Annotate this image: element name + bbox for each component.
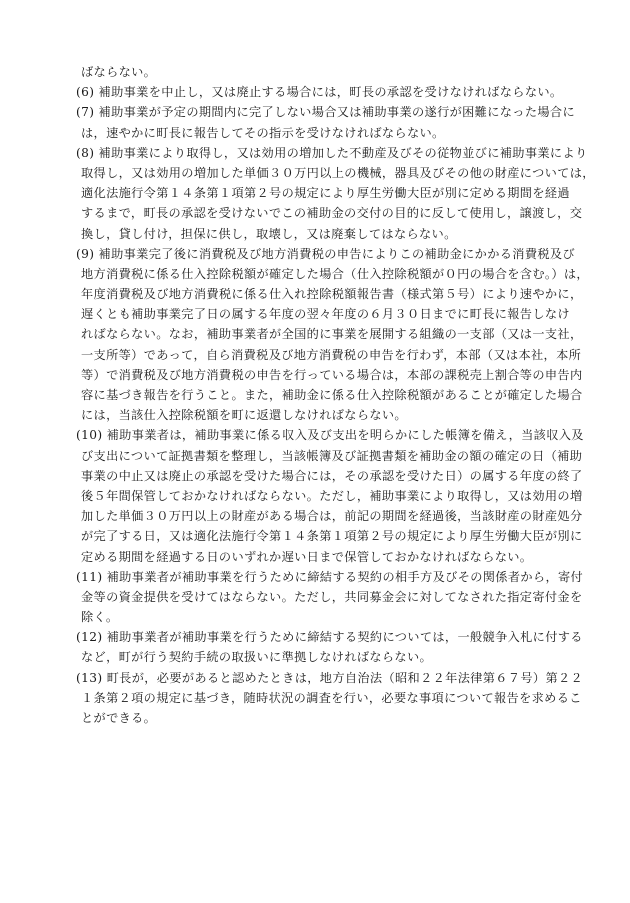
list-item-line: (6) 補助事業を中止し，又は廃止する場合には，町長の承認を受けなければならない… [76,82,562,102]
continuation-line: するまで，町長の承認を受けないでこの補助金の交付の目的に反して使用し，譲渡し，交 [76,203,562,223]
line-text: 遅くとも補助事業完了日の属する年度の翌々年度の６月３０日までに町長に報告しなけ [81,307,570,321]
line-text: には，当該仕入控除税額を町に返還しなければならない。 [81,408,407,422]
list-item-line: (10) 補助事業者は，補助事業に係る収入及び支出を明らかにした帳簿を備え，当該… [76,425,562,445]
item-number: (10) [76,425,102,445]
continuation-line: ばならない。 [76,62,562,82]
line-text: など，町が行う契約手続の取扱いに準拠しなければならない。 [81,650,432,664]
line-text: 年度消費税及び地方消費税に係る仕入れ控除税額報告書（様式第５号）により速やかに， [81,287,583,301]
line-text: 除く。 [81,610,118,624]
line-text: ばならない。 [81,65,156,79]
list-item-line: (12) 補助事業者が補助事業を行うために締結する契約については，一般競争入札に… [76,627,562,647]
continuation-line: は，速やかに町長に報告してその指示を受けなければならない。 [76,123,562,143]
line-text: 換し，貸し付け，担保に供し，取壊し，又は廃棄してはならない。 [81,227,457,241]
line-text: 補助事業者は，補助事業に係る収入及び支出を明らかにした帳簿を備え，当該収入及 [102,428,583,442]
continuation-line: 金等の資金提供を受けてはならない。ただし，共同募金会に対してなされた指定寄付金を [76,587,562,607]
continuation-line: 後５年間保管しておかなければならない。ただし，補助事業により取得し，又は効用の増 [76,486,562,506]
continuation-line: 遅くとも補助事業完了日の属する年度の翌々年度の６月３０日までに町長に報告しなけ [76,304,562,324]
line-text: 一支所等）であって，自ら消費税及び地方消費税の申告を行わず，本部（又は本社，本所 [81,348,581,362]
list-item-line: (7) 補助事業が予定の期間内に完了しない場合又は補助事業の遂行が困難になった場… [76,102,562,122]
continuation-line: 一支所等）であって，自ら消費税及び地方消費税の申告を行わず，本部（又は本社，本所 [76,345,562,365]
list-item-line: (8) 補助事業により取得し，又は効用の増加した不動産及びその従物並びに補助事業… [76,143,562,163]
continuation-line: び支出について証拠書類を整理し，当該帳簿及び証拠書類を補助金の額の確定の日（補助 [76,446,562,466]
continuation-line: 加した単価３０万円以上の財産がある場合は，前記の期間を経過後，当該財産の財産処分 [76,506,562,526]
line-text: が完了する日，又は適化法施行令第１４条第１項第２号の規定により厚生労働大臣が別に [81,529,583,543]
list-item-line: (13) 町長が，必要があると認めたときは，地方自治法（昭和２２年法律第６７号）… [76,668,562,688]
continuation-line: 定める期間を経過する日のいずれか遅い日まで保管しておかなければならない。 [76,547,562,567]
continuation-line: 地方消費税に係る仕入控除税額が確定した場合（仕入控除税額が０円の場合を含む。）は… [76,264,562,284]
line-text: するまで，町長の承認を受けないでこの補助金の交付の目的に反して使用し，譲渡し，交 [81,206,582,220]
item-number: (6) [76,82,94,102]
line-text: 補助事業により取得し，又は効用の増加した不動産及びその従物並びに補助事業により [94,146,587,160]
line-text: 取得し，又は効用の増加した単価３０万円以上の機械，器具及びその他の財産については… [81,166,595,180]
line-text: 後５年間保管しておかなければならない。ただし，補助事業により取得し，又は効用の増 [81,489,583,503]
continuation-line: とができる。 [76,708,562,728]
continuation-line: 取得し，又は効用の増加した単価３０万円以上の機械，器具及びその他の財産については… [76,163,562,183]
line-text: １条第２項の規定に基づき，随時状況の調査を行い，必要な事項について報告を求めるこ [81,691,582,705]
line-text: 等）で消費税及び地方消費税の申告を行っている場合は，本部の課税売上割合等の申告内 [81,368,583,382]
continuation-line: ればならない。なお，補助事業者が全国的に事業を展開する組織の一支部（又は一支社， [76,324,562,344]
continuation-line: には，当該仕入控除税額を町に返還しなければならない。 [76,405,562,425]
line-text: び支出について証拠書類を整理し，当該帳簿及び証拠書類を補助金の額の確定の日（補助 [81,449,582,463]
continuation-line: 等）で消費税及び地方消費税の申告を行っている場合は，本部の課税売上割合等の申告内 [76,365,562,385]
line-text: 容に基づき報告を行うこと。また，補助金に係る仕入控除税額があることが確定した場合 [81,388,583,402]
line-text: とができる。 [81,711,156,725]
continuation-line: 換し，貸し付け，担保に供し，取壊し，又は廃棄してはならない。 [76,224,562,244]
list-item-line: (9) 補助事業完了後に消費税及び地方消費税の申告によりこの補助金にかかる消費税… [76,244,562,264]
line-text: 補助事業が予定の期間内に完了しない場合又は補助事業の遂行が困難になった場合に [94,105,575,119]
line-text: 事業の中止又は廃止の承認を受けた場合には，その承認を受けた日）の属する年度の終了 [81,469,583,483]
line-text: ればならない。なお，補助事業者が全国的に事業を展開する組織の一支部（又は一支社， [81,327,583,341]
item-number: (8) [76,143,94,163]
continuation-line: など，町が行う契約手続の取扱いに準拠しなければならない。 [76,647,562,667]
line-text: は，速やかに町長に報告してその指示を受けなければならない。 [81,126,445,140]
continuation-line: 除く。 [76,607,562,627]
item-number: (13) [76,668,102,688]
line-text: 町長が，必要があると認めたときは，地方自治法（昭和２２年法律第６７号）第２２ [102,671,583,685]
continuation-line: １条第２項の規定に基づき，随時状況の調査を行い，必要な事項について報告を求めるこ [76,688,562,708]
item-number: (7) [76,102,94,122]
line-text: 金等の資金提供を受けてはならない。ただし，共同募金会に対してなされた指定寄付金を [81,590,583,604]
item-number: (11) [76,567,102,587]
item-number: (12) [76,627,102,647]
continuation-line: が完了する日，又は適化法施行令第１４条第１項第２号の規定により厚生労働大臣が別に [76,526,562,546]
line-text: 定める期間を経過する日のいずれか遅い日まで保管しておかなければならない。 [81,550,532,564]
line-text: 補助事業者が補助事業を行うために締結する契約については，一般競争入札に付する [102,630,582,644]
continuation-line: 年度消費税及び地方消費税に係る仕入れ控除税額報告書（様式第５号）により速やかに， [76,284,562,304]
continuation-line: 事業の中止又は廃止の承認を受けた場合には，その承認を受けた日）の属する年度の終了 [76,466,562,486]
list-item-line: (11) 補助事業者が補助事業を行うために締結する契約の相手方及びその関係者から… [76,567,562,587]
line-text: 加した単価３０万円以上の財産がある場合は，前記の期間を経過後，当該財産の財産処分 [81,509,583,523]
line-text: 地方消費税に係る仕入控除税額が確定した場合（仕入控除税額が０円の場合を含む。）は… [81,267,589,281]
continuation-line: 適化法施行令第１４条第１項第２号の規定により厚生労働大臣が別に定める期間を経過 [76,183,562,203]
line-text: 適化法施行令第１４条第１項第２号の規定により厚生労働大臣が別に定める期間を経過 [81,186,570,200]
item-number: (9) [76,244,94,264]
document-page: ばならない。(6) 補助事業を中止し，又は廃止する場合には，町長の承認を受けなけ… [76,62,562,728]
continuation-line: 容に基づき報告を行うこと。また，補助金に係る仕入控除税額があることが確定した場合 [76,385,562,405]
line-text: 補助事業を中止し，又は廃止する場合には，町長の承認を受けなければならない。 [94,85,562,99]
line-text: 補助事業者が補助事業を行うために締結する契約の相手方及びその関係者から，寄付 [102,570,583,584]
line-text: 補助事業完了後に消費税及び地方消費税の申告によりこの補助金にかかる消費税及び [94,247,575,261]
